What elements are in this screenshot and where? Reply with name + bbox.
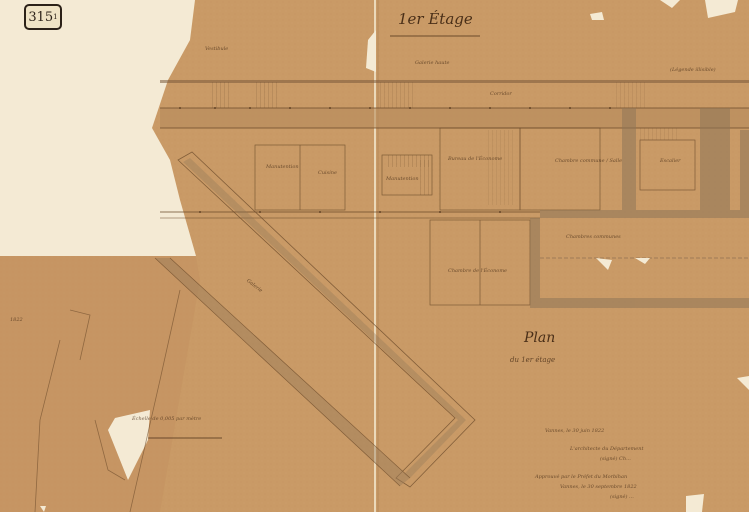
signature-line: (signé) Ch... — [600, 456, 631, 462]
signature-line: Vannes, le 30 juin 1822 — [545, 428, 604, 434]
signature-line: Vannes, le 30 septembre 1822 — [560, 484, 637, 490]
signature-line: L'architecte du Département — [570, 446, 643, 452]
room-label: Escalier — [660, 158, 681, 164]
room-label: Bureau de l'Économe — [448, 156, 502, 162]
room-label: Manutention — [266, 164, 299, 170]
plan-subtitle: du 1er étage — [510, 356, 555, 364]
signature-line: Approuvé par le Préfet du Morbihan — [535, 474, 627, 480]
upper-gallery-label: Galerie haute — [415, 60, 449, 66]
corridor-label: Corridor — [490, 91, 512, 97]
floor-title: 1er Étage — [398, 10, 473, 28]
floor-plan-drawing — [0, 0, 749, 512]
plan-sheet: 3151 1er Étage Vestibule Galerie haute (… — [0, 0, 749, 512]
signature-line: (signé) ... — [610, 494, 634, 500]
room-label: Chambres communes — [566, 234, 621, 240]
room-label: Cuisine — [318, 170, 337, 176]
left-margin-note: 1822 — [10, 317, 23, 323]
room-label: Chambre de l'Économe — [448, 268, 507, 274]
room-label: Chambre commune / Salle — [555, 158, 622, 164]
scale-note: Échelle de 0,005 par mètre — [132, 416, 201, 422]
top-right-note: (Légende illisible) — [670, 67, 716, 73]
room-label: Manutention — [386, 176, 419, 182]
vestibule-label: Vestibule — [205, 46, 228, 52]
catalog-number-tag: 3151 — [24, 4, 62, 30]
plan-title: Plan — [524, 330, 555, 346]
